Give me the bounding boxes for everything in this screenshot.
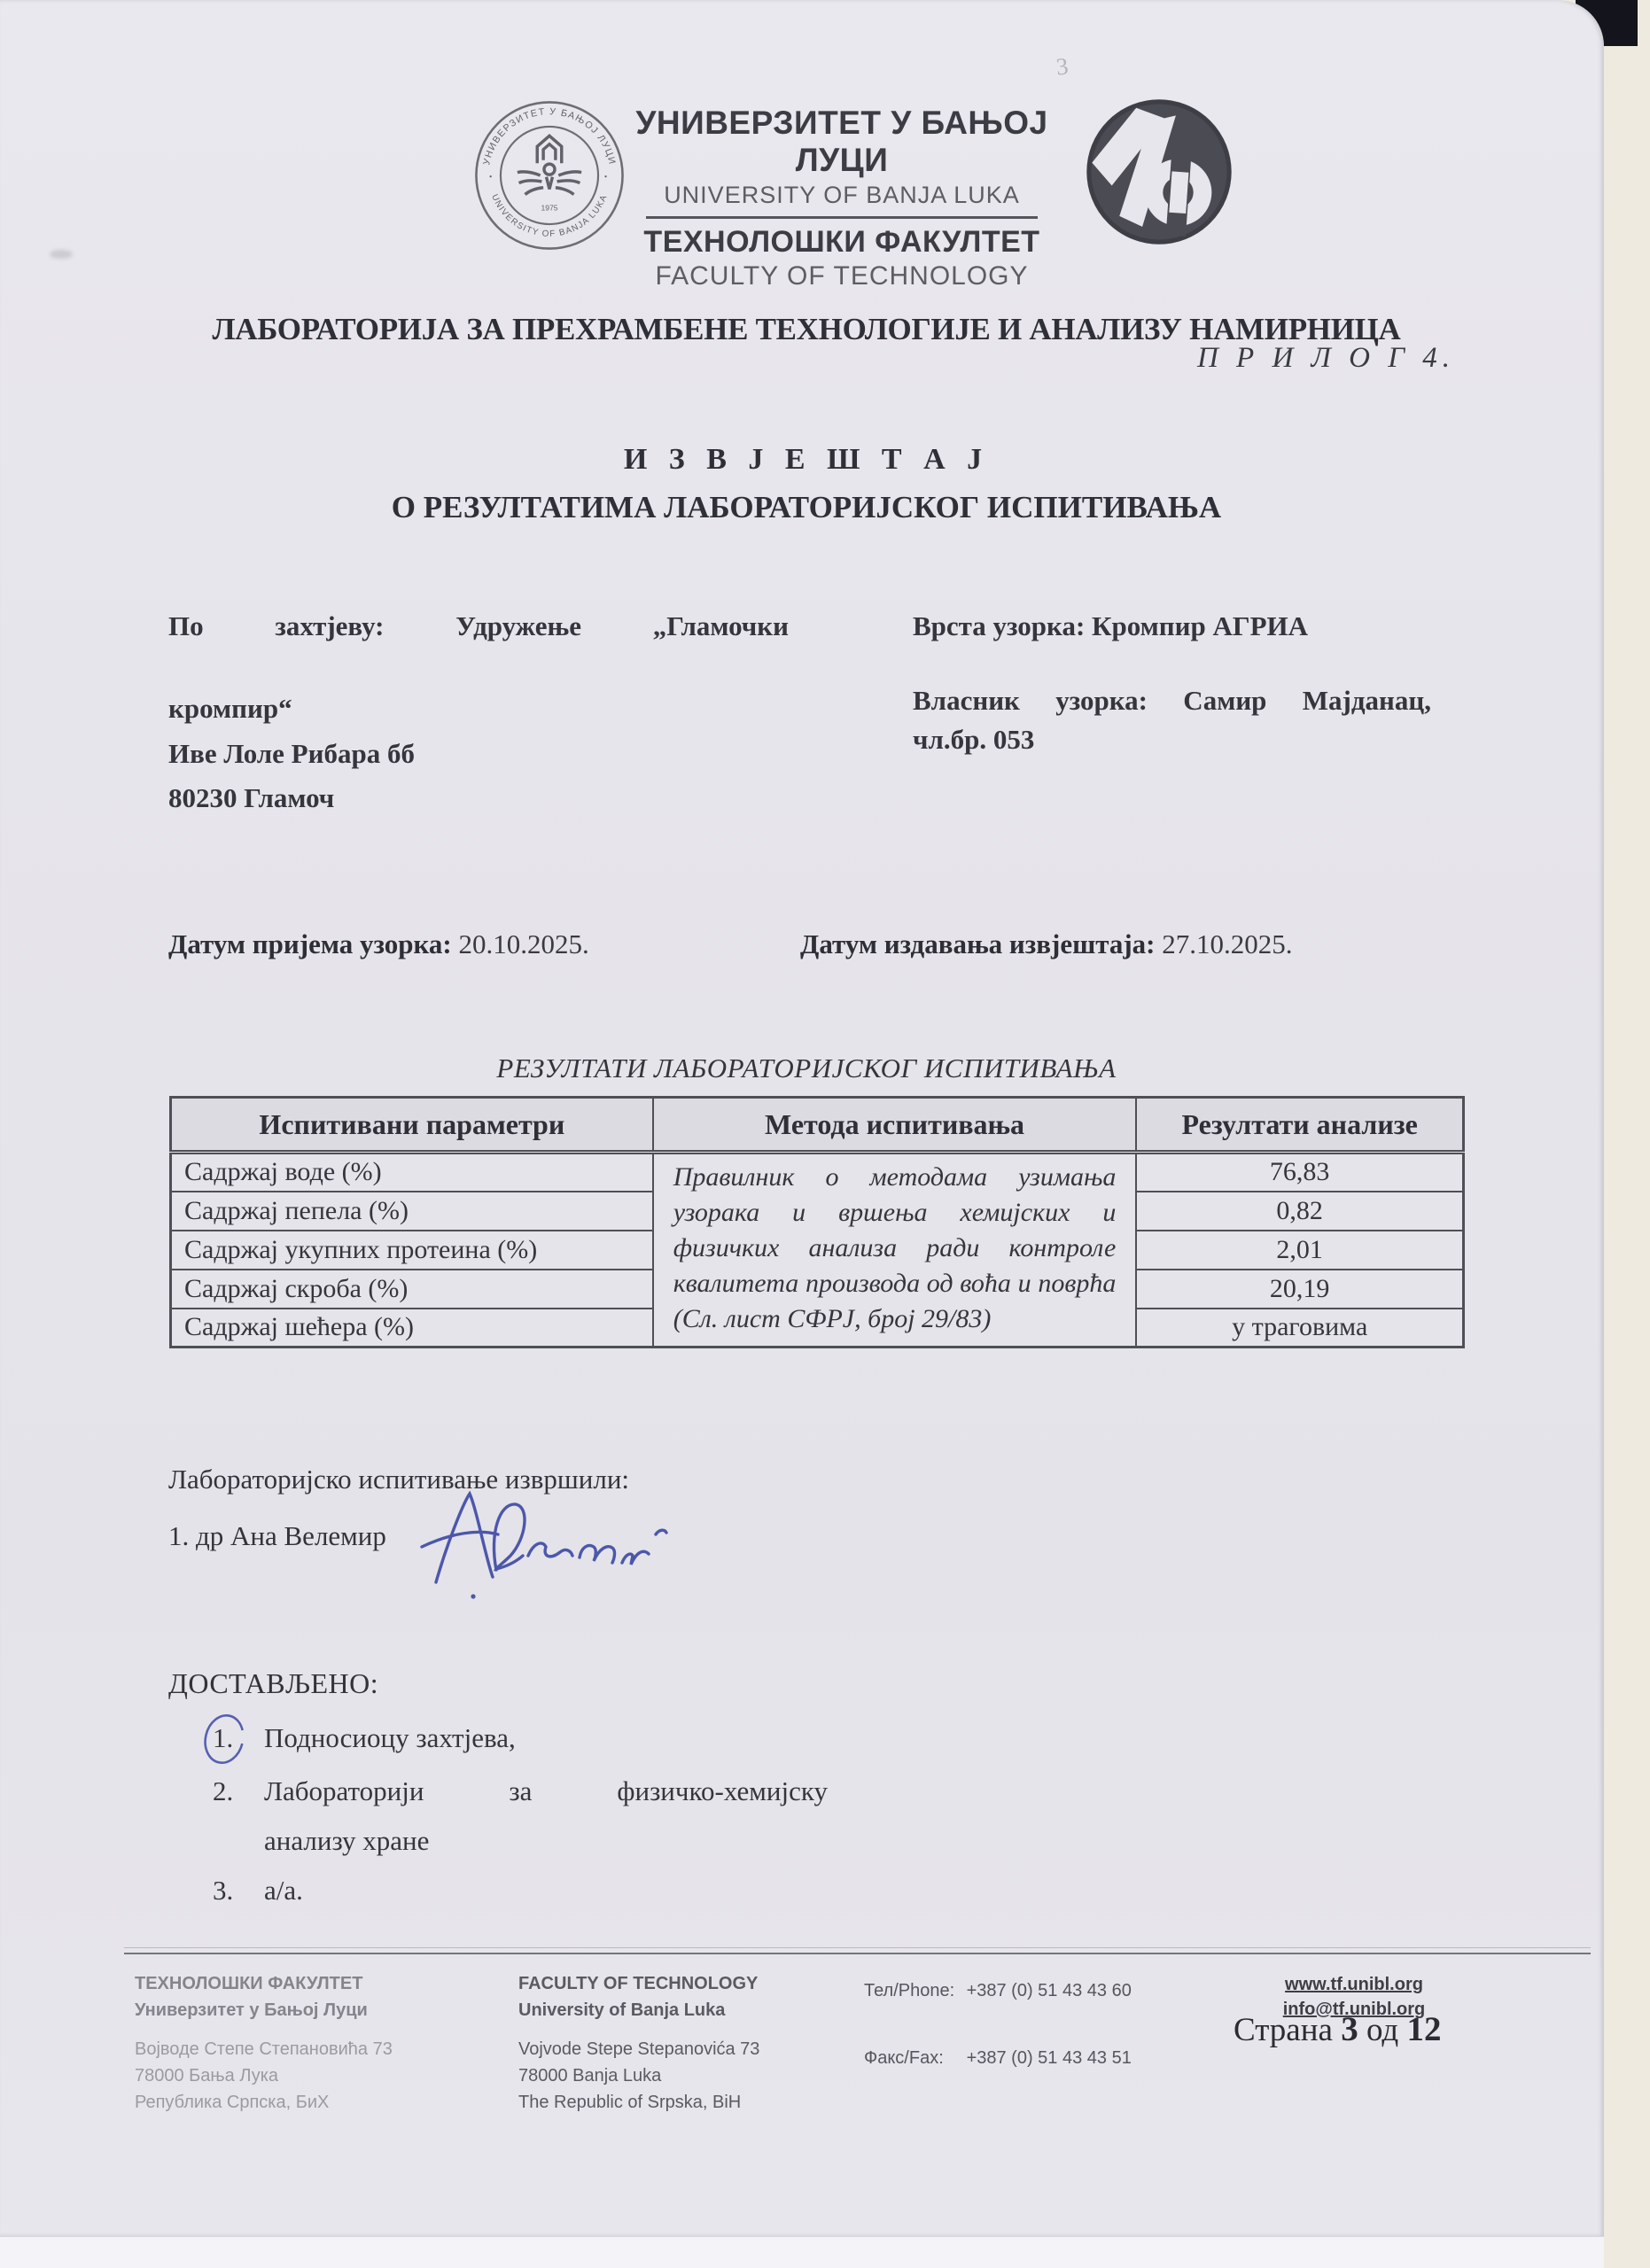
fax-label: Факс/Fax: [864, 2045, 961, 2071]
param-protein: Садржај укупних протеина (%) [171, 1231, 653, 1270]
letterhead: УНИВЕРЗИТЕТ У БАЊОЈ ЛУЦИ UNIVERSITY OF B… [585, 105, 1099, 291]
results-table: Испитивани параметри Метода испитивања Р… [169, 1096, 1465, 1348]
university-name-cyr: УНИВЕРЗИТЕТ У БАЊОЈ ЛУЦИ [585, 105, 1099, 179]
requester-city: 80230 Гламоч [168, 781, 789, 815]
method-line: физичких анализа ради контроле [673, 1231, 1117, 1266]
delivered-item1: Подносиоцу захтјева, [264, 1722, 516, 1754]
date-issued: Датум издавања извјештаја: 27.10.2025. [800, 928, 1293, 960]
result-ash: 0,82 [1136, 1192, 1463, 1231]
page-number: Страна 3 од 12 [1234, 2009, 1441, 2049]
requester-line1: По захтјеву: Удружење „Гламочки [168, 610, 789, 643]
footer-address-cyr-country: Република Српска, БиХ [135, 2089, 393, 2116]
footer-contacts: Тел/Phone: +387 (0) 51 43 43 60 Факс/Fax… [864, 1977, 1132, 2071]
param-sugar: Садржај шећера (%) [171, 1309, 653, 1348]
delivered-item3: а/а. [264, 1875, 303, 1907]
delivered-item1-number: 1. [213, 1722, 253, 1754]
faculty-tf-logo-icon [1083, 96, 1235, 248]
footer-rule-upper [124, 1947, 1591, 1948]
footer-address-cyr-city: 78000 Бања Лука [135, 2062, 393, 2089]
method-line: Правилник о методама узимања [673, 1160, 1117, 1195]
result-starch: 20,19 [1136, 1270, 1463, 1309]
scan-smudge [50, 250, 73, 259]
sample-owner-number: чл.бр. 053 [913, 723, 1431, 757]
table-row: Садржај воде (%) Правилник о методама уз… [171, 1153, 1464, 1192]
delivered-item3-number: 3. [213, 1875, 253, 1907]
svg-text:•: • [489, 173, 492, 182]
footer-address-cyr-street: Војводе Степе Степановића 73 [135, 2036, 393, 2062]
col-header-method: Метода испитивања [653, 1098, 1137, 1153]
annex-label: П Р И Л О Г 4. [798, 342, 1455, 375]
requester-address: Иве Лоле Рибара бб [168, 737, 789, 771]
delivered-title: ДОСТАВЉЕНО: [168, 1667, 378, 1700]
sample-block: Врста узорка: Кромпир АГРИА Власник узор… [913, 610, 1431, 757]
requester-line2: кромпир“ [168, 692, 789, 726]
university-name-en: UNIVERSITY OF BANJA LUKA [585, 182, 1099, 209]
report-title: И З В Ј Е Ш Т А Ј [133, 443, 1480, 477]
method-line: квалитета производа од воћа и поврћа [673, 1266, 1117, 1301]
date-received-value: 20.10.2025. [458, 928, 588, 959]
param-water: Садржај воде (%) [171, 1153, 653, 1192]
seal-year: 1975 [541, 204, 557, 213]
footer-fax: Факс/Fax: +387 (0) 51 43 43 51 [864, 2045, 1132, 2071]
phone-value: +387 (0) 51 43 43 60 [967, 1981, 1132, 2000]
faculty-name-cyr: ТЕХНОЛОШКИ ФАКУЛТЕТ [585, 225, 1099, 260]
sample-owner: Власник узорка: Самир Мајданац, [913, 684, 1431, 718]
fax-value: +387 (0) 51 43 43 51 [967, 2048, 1132, 2068]
results-section-title: РЕЗУЛТАТИ ЛАБОРАТОРИЈСКОГ ИСПИТИВАЊА [133, 1052, 1480, 1084]
footer-faculty-en-name: FACULTY OF TECHNOLOGY [518, 1970, 759, 1997]
report-subtitle: О РЕЗУЛТАТИМА ЛАБОРАТОРИЈСКОГ ИСПИТИВАЊА [133, 490, 1480, 525]
requester-block: По захтјеву: Удружење „Гламочки кромпир“… [168, 610, 789, 815]
page-total: 12 [1406, 2010, 1441, 2048]
sample-type: Врста узорка: Кромпир АГРИА [913, 610, 1431, 643]
footer-university-cyr-name: Универзитет у Бањој Луци [135, 1997, 393, 2023]
date-received: Датум пријема узорка: 20.10.2025. [168, 928, 589, 960]
footer-university-en-name: University of Banja Luka [518, 1997, 759, 2023]
scanned-lab-report: { "corner_page_number": "3", "header": {… [0, 0, 1650, 2268]
col-header-results: Резултати анализе [1136, 1098, 1463, 1153]
result-water: 76,83 [1136, 1153, 1463, 1192]
result-protein: 2,01 [1136, 1231, 1463, 1270]
footer-address-en-city: 78000 Banja Luka [518, 2062, 759, 2089]
footer-faculty-cyr: ТЕХНОЛОШКИ ФАКУЛТЕТ Универзитет у Бањој … [135, 1970, 393, 2116]
footer-faculty-en: FACULTY OF TECHNOLOGY University of Banj… [518, 1970, 759, 2116]
date-issued-label: Датум издавања извјештаја: [800, 928, 1156, 959]
result-sugar: у траговима [1136, 1309, 1463, 1348]
seal-emblem [518, 136, 581, 194]
footer-address-en-country: The Republic of Srpska, BiH [518, 2089, 759, 2116]
footer-address-en-street: Vojvode Stepe Stepanovića 73 [518, 2036, 759, 2062]
page-current: 3 [1341, 2010, 1358, 2048]
faculty-name-en: FACULTY OF TECHNOLOGY [585, 261, 1099, 291]
delivered-item2-line2: анализу хране [264, 1825, 429, 1857]
website-link: www.tf.unibl.org [1239, 1972, 1469, 1997]
scan-bottom-edge [0, 2236, 1604, 2268]
analyst-name: 1. др Ана Велемир [168, 1520, 386, 1552]
footer-phone: Тел/Phone: +387 (0) 51 43 43 60 [864, 1977, 1132, 2004]
method-cell: Правилник о методама узимања узорака и в… [653, 1153, 1137, 1348]
delivered-item2: Лабораторији за физичко-хемијску [264, 1775, 828, 1807]
table-header-row: Испитивани параметри Метода испитивања Р… [171, 1098, 1464, 1153]
page-of-label: од [1366, 2012, 1398, 2048]
param-starch: Садржај скроба (%) [171, 1270, 653, 1309]
phone-label: Тел/Phone: [864, 1977, 961, 2004]
date-issued-value: 27.10.2025. [1162, 928, 1292, 959]
footer-faculty-cyr-name: ТЕХНОЛОШКИ ФАКУЛТЕТ [135, 1970, 393, 1997]
param-ash: Садржај пепела (%) [171, 1192, 653, 1231]
page-label: Страна [1234, 2012, 1333, 2048]
col-header-parameters: Испитивани параметри [171, 1098, 653, 1153]
method-line: узорака и вршења хемијских и [673, 1195, 1117, 1231]
letterhead-divider [646, 216, 1038, 219]
handwritten-signature [409, 1478, 675, 1611]
method-line: (Сл. лист СФРЈ, број 29/83) [673, 1301, 1117, 1337]
delivered-item2-number: 2. [213, 1775, 253, 1807]
footer-rule [124, 1953, 1591, 1954]
date-received-label: Датум пријема узорка: [168, 928, 452, 959]
